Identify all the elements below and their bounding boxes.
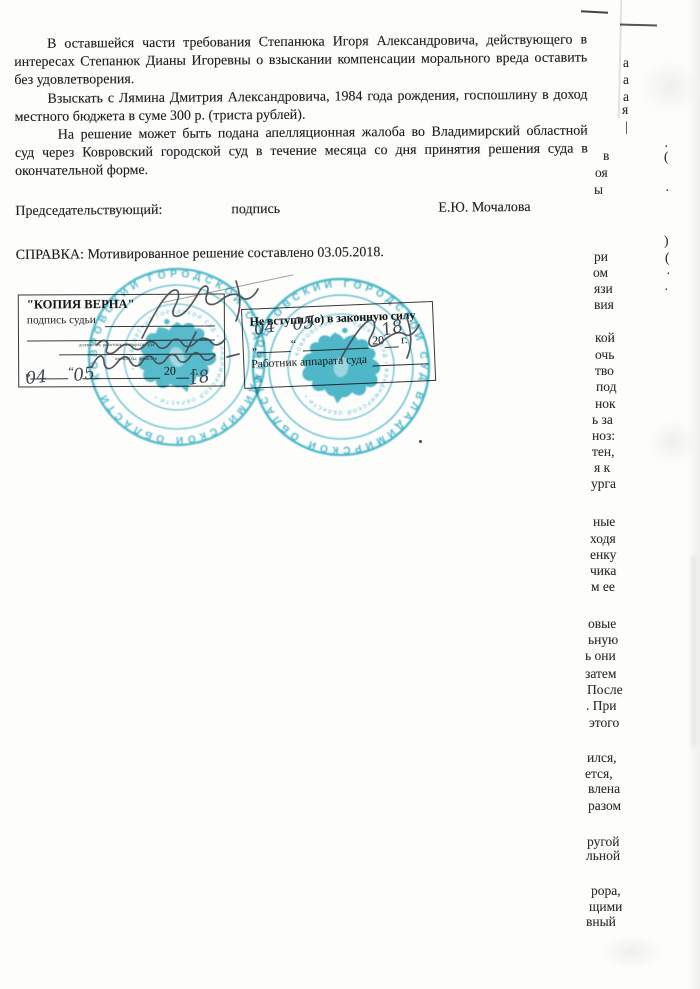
edge-text-fragment: ·	[665, 183, 670, 199]
ink-dot	[419, 440, 422, 443]
edge-text-fragment: |	[625, 119, 628, 135]
decision-paragraph: В оставшейся части требования Степанюка …	[14, 31, 587, 90]
month-blank	[302, 333, 369, 352]
edge-text-fragment: енку	[590, 547, 616, 563]
decision-paragraphs: В оставшейся части требования Степанюка …	[14, 31, 588, 181]
edge-text-fragment: вный	[586, 914, 616, 930]
edge-text-fragment: этого	[589, 715, 619, 731]
crease-line	[163, 274, 293, 303]
edge-text-fragment: влена	[588, 781, 620, 797]
clerk-signature-line	[372, 349, 429, 366]
edge-text-fragment: а	[623, 55, 629, 71]
edge-text-fragment: язи	[594, 281, 613, 297]
year-suffix: г.	[192, 364, 199, 379]
edge-text-fragment: После	[587, 682, 623, 698]
edge-text-fragment: рора,	[591, 883, 621, 899]
edge-text-fragment: льной	[586, 848, 620, 864]
legal-force-stamp-box: Не вступил(о) в законную силу „“20г. Раб…	[241, 301, 436, 389]
copy-stamp-date-row: „“20г.	[25, 358, 221, 379]
presiding-judge-row: Председательствующий: подпись Е.Ю. Мочал…	[15, 198, 588, 220]
day-blank	[30, 363, 68, 379]
judge-sign-label: подпись судьи	[27, 314, 96, 326]
edge-text-fragment: ьную	[588, 632, 618, 648]
edge-text-fragment: чика	[590, 563, 616, 579]
year-blank	[176, 363, 189, 379]
edge-text-fragment: тво	[595, 363, 614, 379]
edge-text-fragment: кой	[595, 330, 615, 346]
decision-paragraph: На решение может быть подана апелляционн…	[15, 123, 588, 182]
edge-text-fragment: ·	[664, 282, 669, 298]
edge-text-fragment: ь они	[585, 648, 616, 664]
edge-text-fragment: ь за	[592, 412, 613, 428]
edge-text-fragment: ом	[593, 265, 608, 281]
edge-text-fragment: я к	[594, 460, 610, 476]
decision-text-block: В оставшейся части требования Степанюка …	[14, 31, 589, 264]
edge-text-fragment: ·	[666, 266, 671, 282]
edge-text-fragment: ные	[593, 514, 615, 530]
scan-smudge	[600, 935, 664, 969]
decision-line: окончательной форме.	[15, 159, 588, 182]
judge-name: Е.Ю. Мочалова	[438, 199, 530, 218]
clerk-label: Работник аппарата суда	[251, 354, 367, 371]
edge-text-fragment: ходя	[590, 531, 616, 547]
edge-text-fragment: а	[623, 72, 629, 88]
edge-text-fragment: нок	[595, 396, 616, 412]
edge-text-fragment: ется,	[585, 766, 613, 782]
legal-force-title: Не вступил(о) в законную силу	[249, 308, 415, 330]
copy-verna-title: "КОПИЯ ВЕРНА"	[27, 297, 135, 313]
scanned-court-document: В оставшейся части требования Степанюка …	[0, 0, 700, 989]
edge-text-fragment: м ее	[591, 579, 615, 595]
fold-mark-top-2	[620, 24, 657, 27]
edge-text-fragment: очь	[595, 347, 614, 363]
edge-text-fragment: вия	[594, 297, 614, 313]
scan-smudge	[640, 60, 700, 114]
decision-paragraph: Взыскать с Лямина Дмитрия Александровича…	[14, 86, 587, 127]
year-suffix: г.	[401, 332, 408, 347]
edge-text-fragment: оя	[595, 165, 608, 181]
close-quote: “	[68, 364, 73, 379]
fold-mark-top-1	[581, 10, 608, 14]
edge-text-fragment: тен,	[592, 444, 615, 460]
name-line	[59, 340, 215, 356]
edge-text-fragment: я	[622, 102, 628, 118]
edge-text-fragment: (	[664, 149, 669, 165]
edge-text-fragment: ы	[594, 182, 603, 198]
scan-edge-shadow	[687, 0, 700, 989]
edge-text-fragment: )	[664, 233, 669, 249]
signature-note: подпись	[231, 201, 280, 220]
page-edge-line	[618, 0, 622, 118]
presiding-label: Председательствующий:	[15, 201, 162, 220]
close-quote: “	[291, 337, 297, 352]
edge-text-fragment: ри	[594, 249, 608, 265]
edge-text-fragment: разом	[588, 798, 621, 814]
scan-smudge	[648, 420, 698, 464]
scan-streak	[692, 556, 695, 746]
edge-text-fragment: ноз:	[592, 428, 615, 444]
edge-text-fragment: в	[603, 148, 609, 164]
copy-verna-stamp-box: "КОПИЯ ВЕРНА" подпись судьи должность ра…	[18, 293, 225, 387]
edge-text-fragment: ился,	[587, 750, 617, 766]
year-blank	[384, 331, 399, 348]
year-prefix: 20	[164, 364, 176, 379]
edge-text-fragment: овые	[588, 616, 616, 632]
year-prefix: 20	[372, 333, 385, 348]
edge-text-fragment: . При	[586, 698, 616, 714]
edge-text-fragment: затем	[585, 666, 616, 682]
edge-text-fragment: щими	[589, 899, 622, 915]
edge-text-fragment: (	[665, 250, 670, 266]
edge-text-fragment: урга	[591, 476, 616, 492]
reference-note: СПРАВКА: Мотивированное решение составле…	[16, 242, 589, 265]
edge-text-fragment: под	[596, 379, 616, 395]
month-blank	[82, 363, 160, 379]
day-blank	[257, 336, 292, 353]
